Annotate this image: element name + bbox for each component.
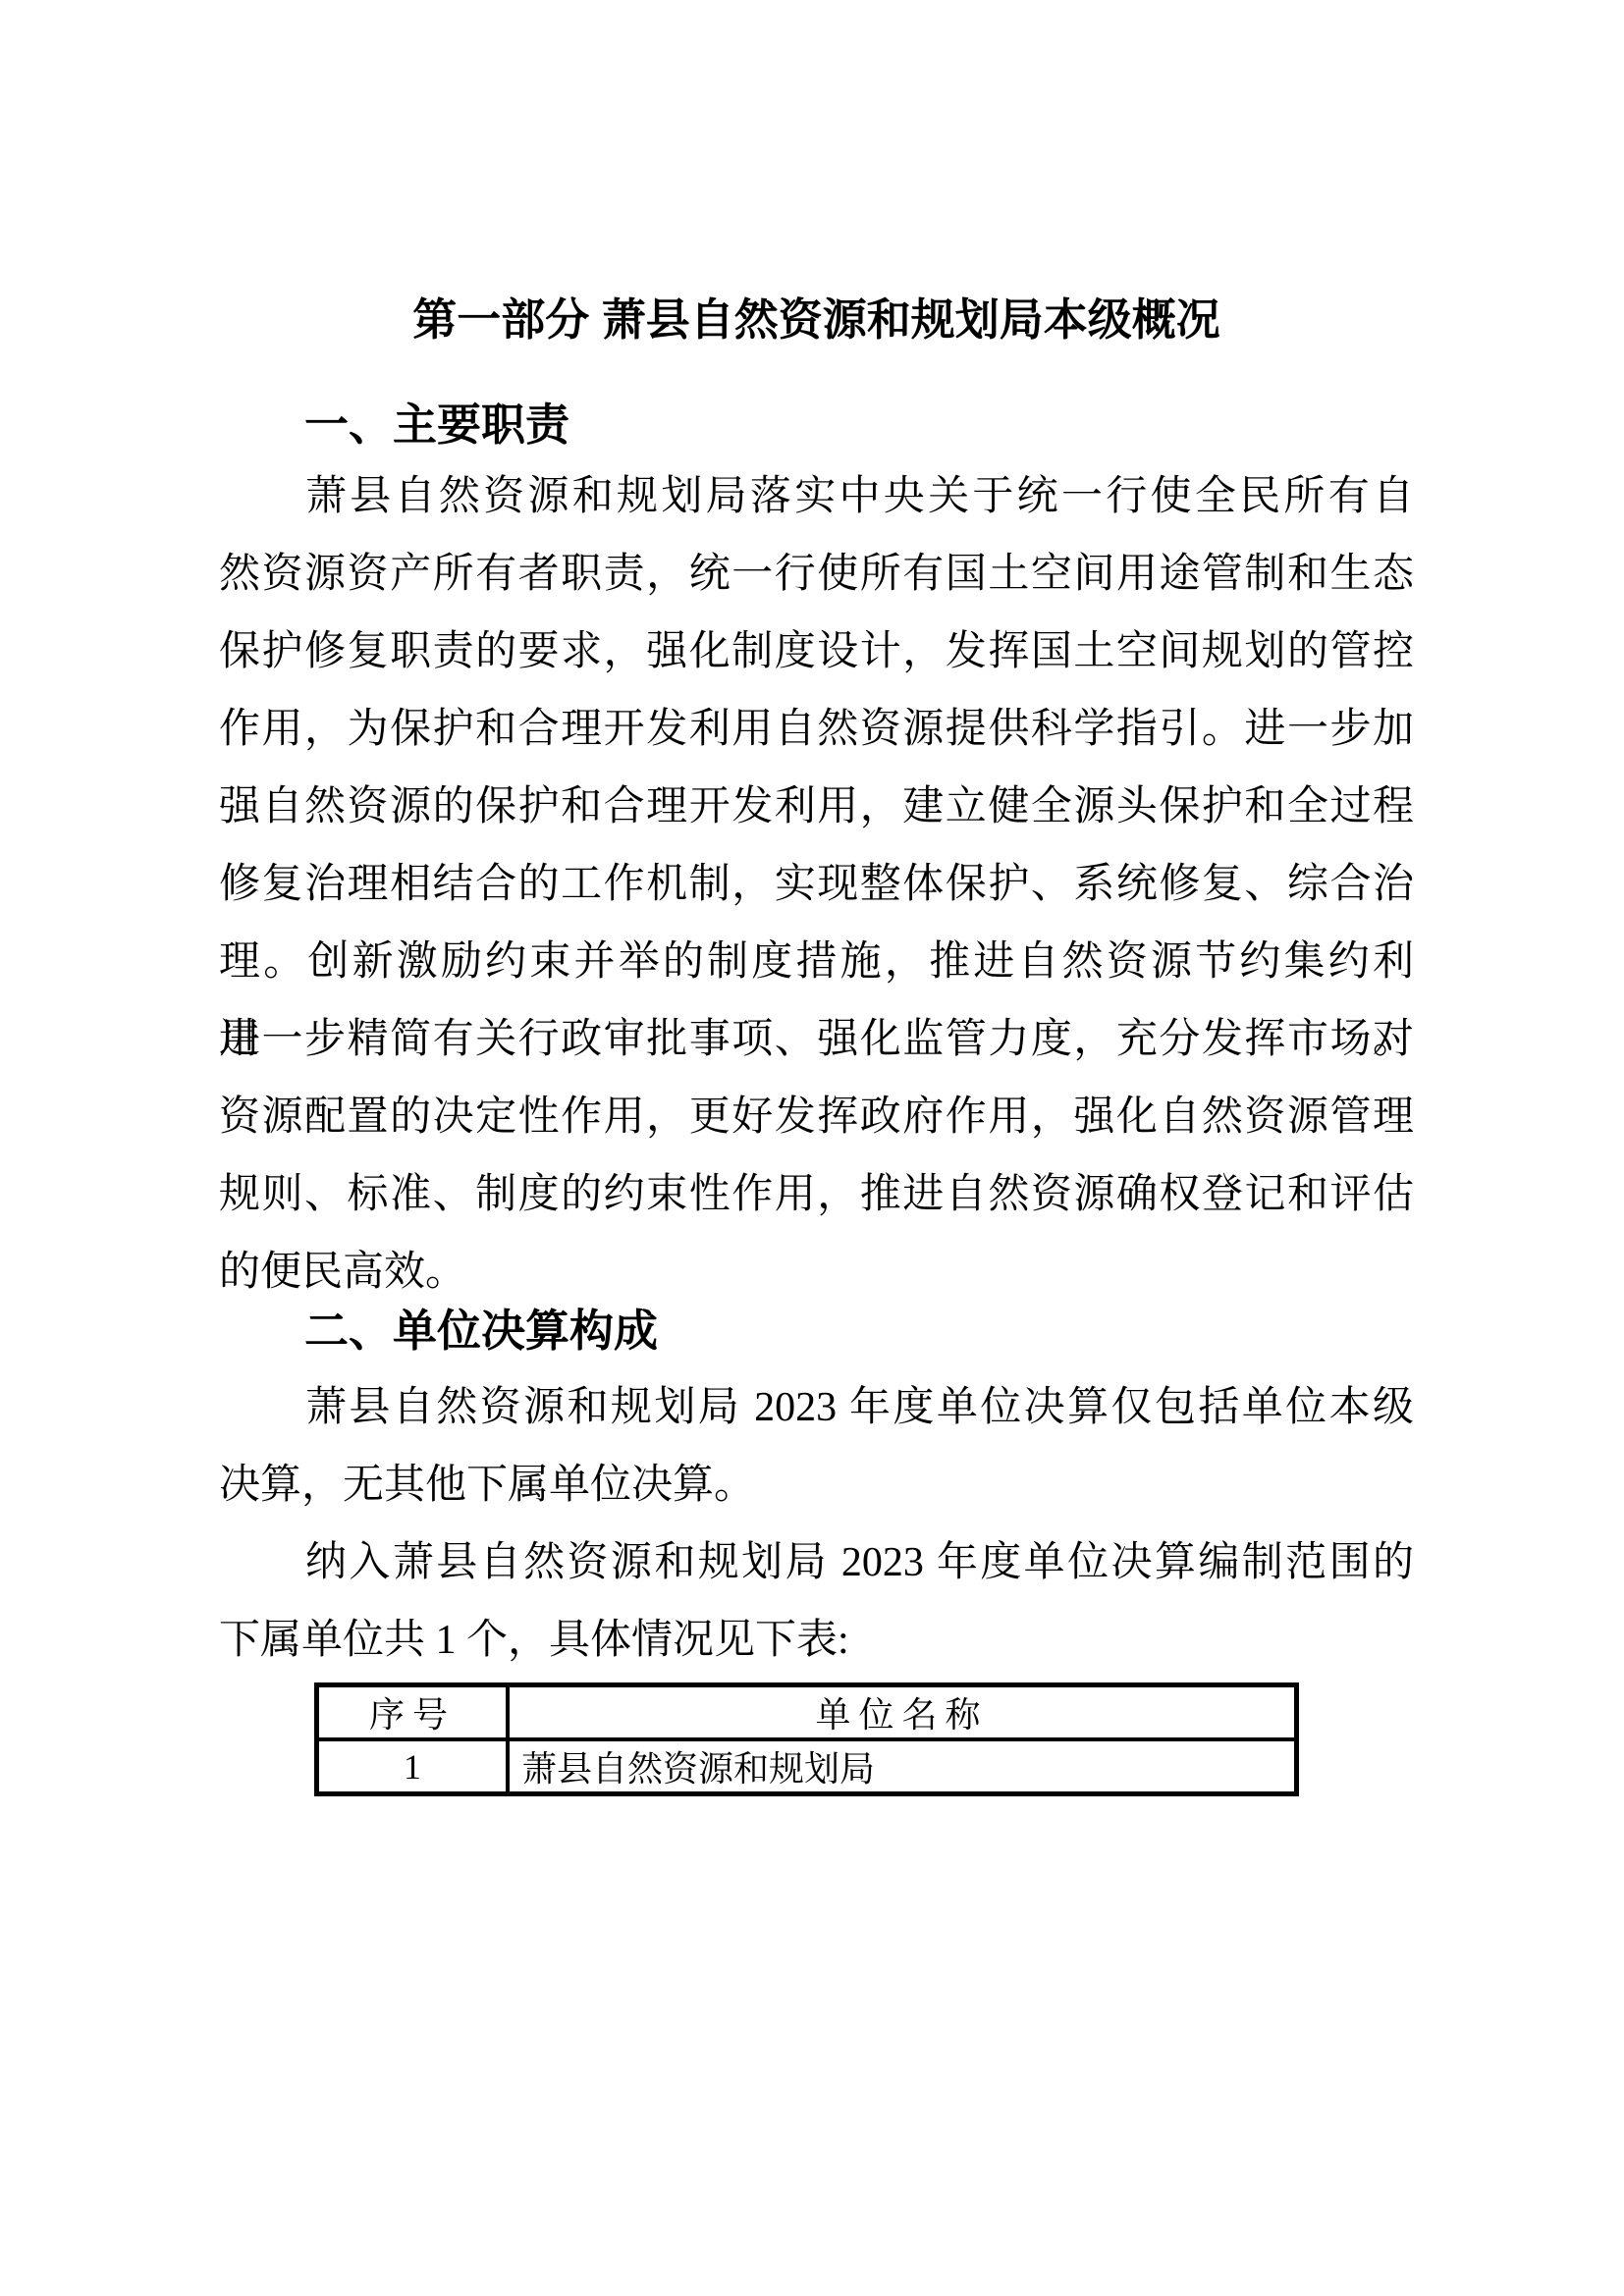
body-line: 规则、标准、制度的约束性作用，推进自然资源确权登记和评估 <box>219 1156 1414 1234</box>
table-row: 1 萧县自然资源和规划局 <box>317 1739 1297 1794</box>
table-header-unit-name: 单位名称 <box>508 1685 1297 1740</box>
body-line: 作用，为保护和合理开发利用自然资源提供科学指引。进一步加 <box>219 691 1414 769</box>
units-table: 序号 单位名称 1 萧县自然资源和规划局 <box>314 1682 1299 1796</box>
body-line: 修复治理相结合的工作机制，实现整体保护、系统修复、综合治 <box>219 846 1414 924</box>
body-line: 强自然资源的保护和合理开发利用，建立健全源头保护和全过程 <box>219 769 1414 846</box>
table-header-index: 序号 <box>317 1685 509 1740</box>
body-line: 资源配置的决定性作用，更好发挥政府作用，强化自然资源管理 <box>219 1079 1414 1156</box>
body-line: 下属单位共 1 个，具体情况见下表: <box>219 1602 1414 1680</box>
table-cell-unit-name: 萧县自然资源和规划局 <box>508 1739 1297 1794</box>
body-line: 保护修复职责的要求，强化制度设计，发挥国土空间规划的管控 <box>219 614 1414 691</box>
body-line: 萧县自然资源和规划局落实中央关于统一行使全民所有自 <box>219 458 1414 536</box>
section-heading-main-duties: 一、主要职责 <box>304 395 569 455</box>
table-header-row: 序号 单位名称 <box>317 1685 1297 1740</box>
body-line: 纳入萧县自然资源和规划局 2023 年度单位决算编制范围的 <box>219 1524 1414 1602</box>
body-line: 萧县自然资源和规划局 2023 年度单位决算仅包括单位本级 <box>219 1369 1414 1447</box>
body-line: 然资源资产所有者职责，统一行使所有国土空间用途管制和生态 <box>219 536 1414 614</box>
section-heading-budget-composition: 二、单位决算构成 <box>304 1301 658 1362</box>
document-page: { "document": { "title": "第一部分 萧县自然资源和规划… <box>0 0 1624 2296</box>
page-title: 第一部分 萧县自然资源和规划局本级概况 <box>219 290 1414 350</box>
body-line: 进一步精简有关行政审批事项、强化监管力度，充分发挥市场对 <box>219 1001 1414 1079</box>
table-cell-index: 1 <box>317 1739 509 1794</box>
body-line: 决算，无其他下属单位决算。 <box>219 1447 1414 1524</box>
